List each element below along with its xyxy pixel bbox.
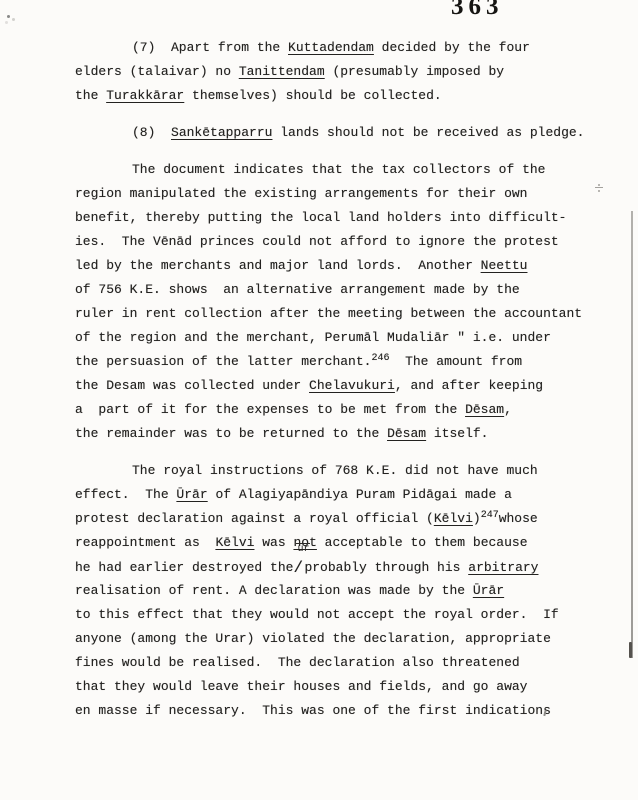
text-line: the persuasion of the latter merchant.24… [75,350,615,374]
text-run: benefit, thereby putting the local land … [75,210,566,225]
text-run: probably through his [304,560,468,575]
text-run: the persuasion of the latter merchant. [75,354,371,369]
text-run: of 756 K.E. shows an alternative arrange… [75,282,520,297]
text-run: en masse if necessary. This was one of t… [75,703,551,718]
text-line: protest declaration against a royal offi… [75,507,615,531]
footnote-reference: 246 [371,353,389,364]
text-line: the Turakkārar themselves) should be col… [75,84,615,108]
text-line: The document indicates that the tax coll… [75,158,615,182]
text-run: lands should not be received as pledge. [272,125,584,140]
underlined-term: arbitrary [468,560,538,575]
paragraph: The document indicates that the tax coll… [75,158,615,446]
document-body: (7) Apart from the Kuttadendam decided b… [75,36,615,736]
text-run: anyone (among the Urar) violated the dec… [75,631,551,646]
insertion-slash: / [293,556,303,580]
text-line: region manipulated the existing arrangem… [75,182,615,206]
inserted-word: ur [296,543,310,555]
text-run: itself. [426,426,488,441]
text-line: the Desam was collected under Chelavukur… [75,374,615,398]
underlined-term: Kuttadendam [288,40,374,55]
text-line: en masse if necessary. This was one of t… [75,699,615,723]
text-line: ruler in rent collection after the meeti… [75,302,615,326]
text-run: region manipulated the existing arrangem… [75,186,527,201]
text-run: led by the merchants and major land lord… [75,258,481,273]
scan-margin-line-end [629,642,632,658]
underlined-term: Ūrār [473,583,504,598]
text-line: of 756 K.E. shows an alternative arrange… [75,278,615,302]
text-line: The royal instructions of 768 K.E. did n… [75,459,615,483]
text-line: led by the merchants and major land lord… [75,254,615,278]
text-run: elders (talaivar) no [75,64,239,79]
text-run: protest declaration against a royal offi… [75,511,434,526]
text-run: ies. The Vēnād princes could not afford … [75,234,559,249]
underlined-term: Kēlvi [434,511,473,526]
text-run: decided by the four [374,40,530,55]
text-run: acceptable to them because [317,535,528,550]
text-run: to this effect that they would not accep… [75,607,559,622]
text-line: a part of it for the expenses to be met … [75,398,615,422]
text-run: a part of it for the expenses to be met … [75,402,465,417]
paragraph: The royal instructions of 768 K.E. did n… [75,459,615,723]
text-run: (7) Apart from the [132,40,288,55]
scan-speck [7,15,10,18]
text-run: the remainder was to be returned to the [75,426,387,441]
underlined-term: Dēsam [465,402,504,417]
text-run: whose [499,511,538,526]
caret-insertion: ur/ [293,555,304,580]
scanned-document-page: 363 (7) Apart from the Kuttadendam decid… [0,0,638,800]
text-run: the Desam was collected under [75,378,309,393]
text-line: anyone (among the Urar) violated the dec… [75,627,615,651]
text-line: benefit, thereby putting the local land … [75,206,615,230]
underlined-term: Neettu [481,258,528,273]
text-run: (presumably imposed by [325,64,504,79]
paragraph: (7) Apart from the Kuttadendam decided b… [75,36,615,108]
underlined-term: Dēsam [387,426,426,441]
underlined-term: Turakkārar [106,88,184,103]
scan-smudge [595,187,603,188]
text-line: effect. The Ūrār of Alagiyapāndiya Puram… [75,483,615,507]
underlined-term: Chelavukuri [309,378,395,393]
text-run: realisation of rent. A declaration was m… [75,583,473,598]
footnote-reference: 247 [481,510,499,521]
scan-margin-line [631,211,633,658]
text-run: The document indicates that the tax coll… [132,162,545,177]
underlined-term: Kēlvi [215,535,254,550]
text-run: the [75,88,106,103]
text-run: ) [473,511,481,526]
page-number: 363 [451,0,504,21]
text-run: , [504,402,512,417]
text-line: (7) Apart from the Kuttadendam decided b… [75,36,615,60]
text-run: effect. The [75,487,176,502]
text-run: was [254,535,293,550]
underlined-term: Ūrār [176,487,207,502]
text-run: of Alagiyapāndiya Puram Pidāgai made a [208,487,512,502]
text-run: themselves) should be collected. [184,88,441,103]
text-line: he had earlier destroyed theur/probably … [75,555,615,579]
text-run: that they would leave their houses and f… [75,679,527,694]
text-run: he had earlier destroyed the [75,560,293,575]
text-line: that they would leave their houses and f… [75,675,615,699]
paragraph: (8) Sankētapparru lands should not be re… [75,121,615,145]
text-run: The amount from [389,354,522,369]
text-line: fines would be realised. The declaration… [75,651,615,675]
text-line: to this effect that they would not accep… [75,603,615,627]
text-line: of the region and the merchant, Perumāl … [75,326,615,350]
underlined-term: Tanittendam [239,64,325,79]
underlined-term: Sankētapparru [171,125,272,140]
text-run: ruler in rent collection after the meeti… [75,306,582,321]
text-line: (8) Sankētapparru lands should not be re… [75,121,615,145]
text-run: The royal instructions of 768 K.E. did n… [132,463,538,478]
text-line: the remainder was to be returned to the … [75,422,615,446]
text-run: of the region and the merchant, Perumāl … [75,330,551,345]
text-run: fines would be realised. The declaration… [75,655,520,670]
text-run: , and after keeping [395,378,543,393]
text-run: (8) [132,125,171,140]
text-line: elders (talaivar) no Tanittendam (presum… [75,60,615,84]
text-line: reappointment as Kēlvi was not acceptabl… [75,531,615,555]
text-line: realisation of rent. A declaration was m… [75,579,615,603]
text-run: reappointment as [75,535,215,550]
text-line: ies. The Vēnād princes could not afford … [75,230,615,254]
